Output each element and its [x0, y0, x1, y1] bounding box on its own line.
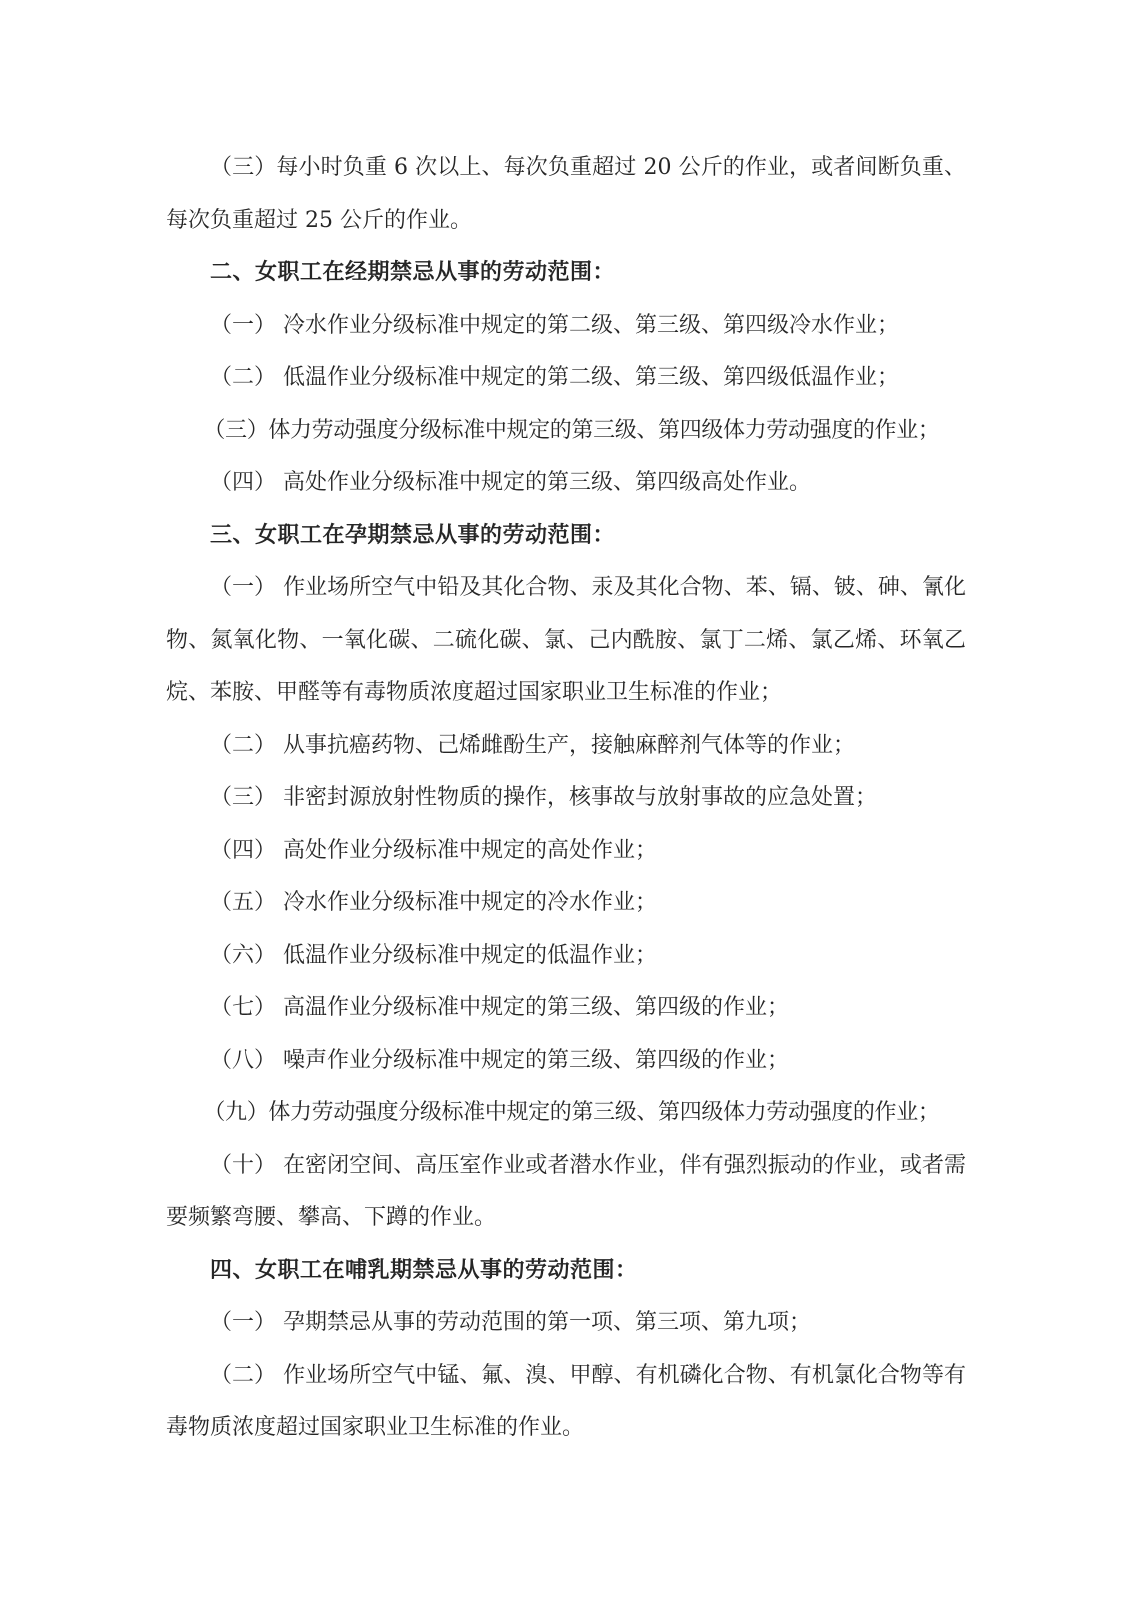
body-paragraph: （二） 低温作业分级标准中规定的第二级、第三级、第四级低温作业；: [166, 352, 966, 405]
body-paragraph: （四） 高处作业分级标准中规定的高处作业；: [166, 825, 966, 878]
body-paragraph: （三）体力劳动强度分级标准中规定的第三级、第四级体力劳动强度的作业；: [166, 405, 966, 458]
body-paragraph: （九）体力劳动强度分级标准中规定的第三级、第四级体力劳动强度的作业；: [166, 1087, 966, 1140]
body-paragraph: （一） 作业场所空气中铅及其化合物、汞及其化合物、苯、镉、铍、砷、氰化物、氮氧化…: [166, 562, 966, 720]
body-paragraph: （一） 冷水作业分级标准中规定的第二级、第三级、第四级冷水作业；: [166, 300, 966, 353]
body-paragraph: （三） 非密封源放射性物质的操作，核事故与放射事故的应急处置；: [166, 772, 966, 825]
section-heading: 二、女职工在经期禁忌从事的劳动范围：: [166, 247, 966, 300]
body-paragraph: （二） 作业场所空气中锰、氟、溴、甲醇、有机磷化合物、有机氯化合物等有毒物质浓度…: [166, 1350, 966, 1455]
body-paragraph: （六） 低温作业分级标准中规定的低温作业；: [166, 930, 966, 983]
body-paragraph: （二） 从事抗癌药物、己烯雌酚生产，接触麻醉剂气体等的作业；: [166, 720, 966, 773]
body-paragraph: （三）每小时负重 6 次以上、每次负重超过 20 公斤的作业，或者间断负重、每次…: [166, 142, 966, 247]
section-heading: 四、女职工在哺乳期禁忌从事的劳动范围：: [166, 1245, 966, 1298]
document-content: （三）每小时负重 6 次以上、每次负重超过 20 公斤的作业，或者间断负重、每次…: [166, 142, 966, 1455]
section-heading: 三、女职工在孕期禁忌从事的劳动范围：: [166, 510, 966, 563]
body-paragraph: （七） 高温作业分级标准中规定的第三级、第四级的作业；: [166, 982, 966, 1035]
body-paragraph: （五） 冷水作业分级标准中规定的冷水作业；: [166, 877, 966, 930]
document-page: （三）每小时负重 6 次以上、每次负重超过 20 公斤的作业，或者间断负重、每次…: [0, 0, 1132, 1600]
body-paragraph: （十） 在密闭空间、高压室作业或者潜水作业，伴有强烈振动的作业，或者需要频繁弯腰…: [166, 1140, 966, 1245]
body-paragraph: （八） 噪声作业分级标准中规定的第三级、第四级的作业；: [166, 1035, 966, 1088]
body-paragraph: （四） 高处作业分级标准中规定的第三级、第四级高处作业。: [166, 457, 966, 510]
body-paragraph: （一） 孕期禁忌从事的劳动范围的第一项、第三项、第九项；: [166, 1297, 966, 1350]
